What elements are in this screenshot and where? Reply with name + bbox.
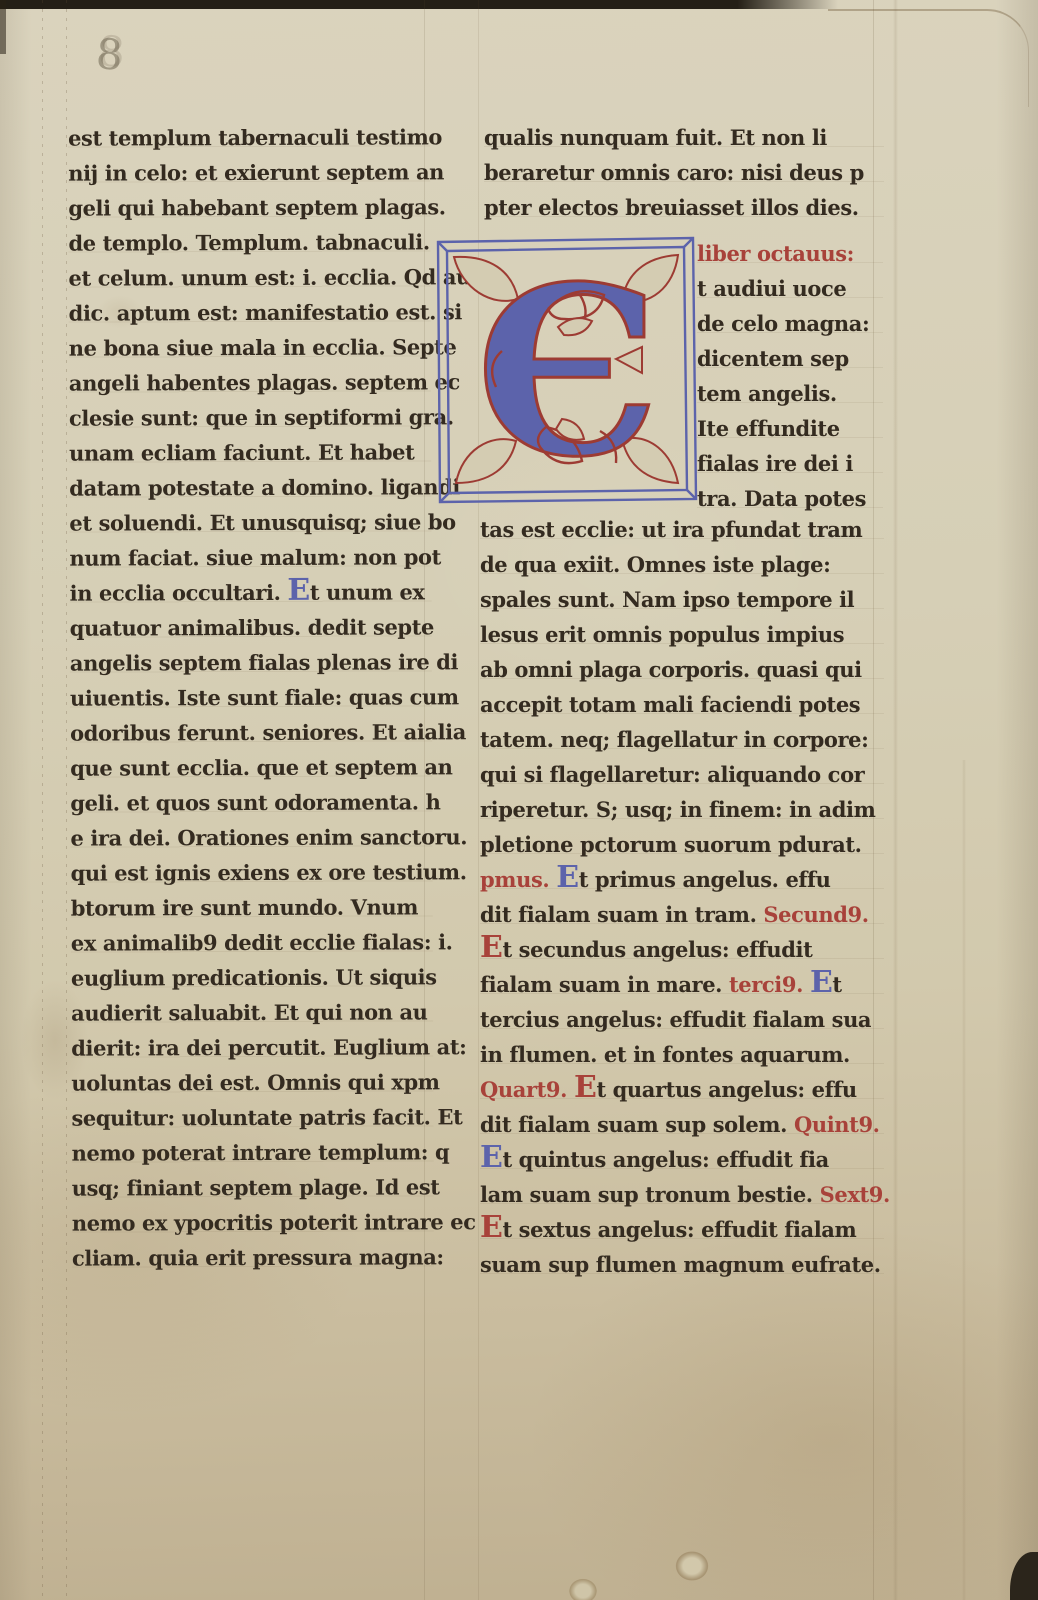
text-segment: datam potestate a domino. ligandi	[69, 474, 460, 500]
text-segment: qui si flagellaretur: aliquando cor	[480, 762, 864, 787]
text-segment: t primus angelus. effu	[579, 867, 831, 892]
text-line: nij in celo: et exierunt septem an	[68, 154, 430, 190]
text-segment: fialam suam in mare.	[480, 972, 729, 997]
text-segment: dic. aptum est: manifestatio est. si	[69, 299, 462, 325]
text-line: tatem. neq; flagellatur in corpore:	[480, 722, 884, 757]
text-line: que sunt ecclia. que et septem an	[70, 749, 432, 785]
text-line: Quart9. Et quartus angelus: effu	[480, 1072, 884, 1107]
text-segment: uoluntas dei est. Omnis qui xpm	[71, 1069, 439, 1095]
text-line: et celum. unum est: i. ecclia. Qd aut	[68, 259, 430, 295]
text-segment: clesie sunt: que in septiformi gra.	[69, 404, 454, 430]
text-segment: E	[480, 1210, 502, 1245]
text-line: usq; finiant septem plage. Id est	[72, 1169, 434, 1205]
text-segment: tatem. neq; flagellatur in corpore:	[480, 727, 868, 752]
text-line: de qua exiit. Omnes iste plage:	[480, 547, 884, 582]
text-segment: in flumen. et in fontes aquarum.	[480, 1042, 850, 1067]
text-segment: accepit totam mali faciendi potes	[480, 692, 860, 717]
text-line: de celo magna:	[697, 306, 883, 341]
text-segment: qualis nunquam fuit. Et non li	[484, 125, 827, 150]
text-segment: dicentem sep	[697, 346, 849, 371]
text-line: spales sunt. Nam ipso tempore il	[480, 582, 884, 617]
text-segment: usq; finiant septem plage. Id est	[72, 1174, 440, 1200]
text-segment: ne bona siue mala in ecclia. Septe	[69, 334, 457, 360]
text-line: de templo. Templum. tabnaculi.	[68, 224, 430, 260]
text-segment: num faciat. siue malum: non pot	[69, 544, 440, 570]
text-segment: nij in celo: et exierunt septem an	[68, 159, 444, 185]
text-segment: angeli habentes plagas. septem ec	[69, 369, 460, 395]
text-line: angeli habentes plagas. septem ec	[69, 364, 431, 400]
text-segment: t unum ex	[310, 579, 425, 604]
illuminated-initial-E: Є	[430, 231, 702, 509]
text-segment: nemo poterat intrare templum: q	[72, 1139, 450, 1165]
page-corner-curve	[828, 9, 1029, 107]
text-segment: est templum tabernaculi testimo	[68, 124, 442, 150]
text-line: tas est ecclie: ut ira pfundat tram	[480, 512, 884, 547]
text-line: qui si flagellaretur: aliquando cor	[480, 757, 884, 792]
text-segment: cliam. quia erit pressura magna:	[72, 1244, 444, 1270]
text-line: geli. et quos sunt odoramenta. h	[70, 784, 432, 820]
right-text-column-top: qualis nunquam fuit. Et non liberaretur …	[484, 120, 884, 225]
text-segment: suam sup flumen magnum eufrate.	[480, 1252, 881, 1277]
text-segment: liber octauus:	[697, 241, 854, 266]
page-top-edge	[0, 0, 838, 9]
text-line: est templum tabernaculi testimo	[68, 119, 430, 155]
text-line: uoluntas dei est. Omnis qui xpm	[71, 1064, 433, 1100]
text-segment: pter electos breuiasset illos dies.	[484, 195, 859, 220]
text-line: Et secundus angelus: effudit	[480, 932, 884, 967]
text-segment: lam suam sup tronum bestie.	[480, 1182, 820, 1207]
text-line: ex animalib9 dedit ecclie fialas: i.	[71, 924, 433, 960]
text-line: riperetur. S; usq; in finem: in adim	[480, 792, 884, 827]
text-line: btorum ire sunt mundo. Vnum	[71, 889, 433, 925]
text-line: e ira dei. Orationes enim sanctoru.	[70, 819, 432, 855]
text-segment: geli qui habebant septem plagas.	[68, 194, 445, 220]
text-segment: et soluendi. Et unusquisq; siue bo	[69, 509, 455, 535]
text-segment: t sextus angelus: effudit fialam	[502, 1217, 856, 1242]
text-segment: lesus erit omnis populus impius	[480, 622, 844, 647]
text-line: Et quintus angelus: effudit fia	[480, 1142, 884, 1177]
text-line: sequitur: uoluntate patris facit. Et	[71, 1099, 433, 1135]
text-segment: de templo. Templum. tabnaculi.	[68, 229, 429, 255]
text-segment: E	[556, 860, 578, 895]
text-segment: unam ecliam faciunt. Et habet	[69, 439, 414, 465]
text-segment: beraretur omnis caro: nisi deus p	[484, 160, 864, 185]
text-line: num faciat. siue malum: non pot	[69, 539, 431, 575]
text-line: nemo ex ypocritis poterit intrare ec	[72, 1204, 434, 1240]
text-segment: ex animalib9 dedit ecclie fialas: i.	[71, 929, 453, 955]
text-line: clesie sunt: que in septiformi gra.	[69, 399, 431, 435]
text-segment: E	[574, 1070, 596, 1105]
text-line: quatuor animalibus. dedit septe	[70, 609, 432, 645]
text-segment: angelis septem fialas plenas ire di	[70, 649, 458, 675]
text-line: suam sup flumen magnum eufrate.	[480, 1247, 884, 1282]
text-line: ne bona siue mala in ecclia. Septe	[69, 329, 431, 365]
text-segment: quatuor animalibus. dedit septe	[70, 614, 434, 640]
text-line: angelis septem fialas plenas ire di	[70, 644, 432, 680]
text-segment: Sext9.	[820, 1182, 890, 1207]
parchment-crease	[893, 0, 898, 1600]
text-segment: Secund9.	[763, 902, 868, 927]
text-line: dic. aptum est: manifestatio est. si	[69, 294, 431, 330]
text-line: euglium predicationis. Ut siquis	[71, 959, 433, 995]
text-line: ab omni plaga corporis. quasi qui	[480, 652, 884, 687]
text-segment: t	[832, 972, 841, 997]
illuminated-initial-art: Є	[430, 231, 702, 509]
text-line: qui est ignis exiens ex ore testium.	[71, 854, 433, 890]
folio-number: 8	[95, 29, 124, 79]
text-segment: tem angelis.	[697, 381, 837, 406]
text-segment: geli. et quos sunt odoramenta. h	[70, 789, 440, 815]
text-segment: de qua exiit. Omnes iste plage:	[480, 552, 831, 577]
text-line: fialas ire dei i	[697, 446, 883, 481]
text-segment: riperetur. S; usq; in finem: in adim	[480, 797, 875, 822]
text-segment: dit fialam suam sup solem.	[480, 1112, 794, 1137]
text-line: in ecclia occultari. Et unum ex	[70, 574, 432, 610]
text-segment: t audiui uoce	[697, 276, 846, 301]
text-line: audierit saluabit. Et qui non au	[71, 994, 433, 1030]
text-line: dicentem sep	[697, 341, 883, 376]
text-line: Et sextus angelus: effudit fialam	[480, 1212, 884, 1247]
text-segment: E	[287, 573, 310, 608]
text-segment: E	[480, 930, 502, 965]
text-line: t audiui uoce	[697, 271, 883, 306]
parchment-stain	[566, 1576, 600, 1600]
text-segment: tercius angelus: effudit fialam sua	[480, 1007, 871, 1032]
text-segment: nemo ex ypocritis poterit intrare ec	[72, 1209, 476, 1235]
text-line: lam suam sup tronum bestie. Sext9.	[480, 1177, 884, 1212]
text-line: Ite effundite	[697, 411, 883, 446]
ruling-line	[66, 0, 67, 1600]
text-line: fialam suam in mare. terci9. Et	[480, 967, 884, 1002]
text-segment: pmus.	[480, 867, 556, 892]
text-segment: fialas ire dei i	[697, 451, 853, 476]
text-segment: de celo magna:	[697, 311, 869, 336]
text-line: lesus erit omnis populus impius	[480, 617, 884, 652]
text-segment: audierit saluabit. Et qui non au	[71, 999, 427, 1025]
text-segment: et celum. unum est: i. ecclia. Qd aut	[68, 264, 480, 290]
text-segment: t quintus angelus: effudit fia	[502, 1147, 828, 1172]
text-segment: terci9.	[729, 972, 810, 997]
text-line: accepit totam mali faciendi potes	[480, 687, 884, 722]
text-line: geli qui habebant septem plagas.	[68, 189, 430, 225]
text-segment: e ira dei. Orationes enim sanctoru.	[70, 824, 467, 850]
text-line: beraretur omnis caro: nisi deus p	[484, 155, 884, 190]
text-segment: tra. Data potes	[697, 486, 866, 511]
text-segment: dit fialam suam in tram.	[480, 902, 763, 927]
text-segment: que sunt ecclia. que et septem an	[70, 754, 452, 780]
text-line: et soluendi. Et unusquisq; siue bo	[69, 504, 431, 540]
left-text-column: est templum tabernaculi testimonij in ce…	[68, 119, 434, 1275]
text-line: pter electos breuiasset illos dies.	[484, 190, 884, 225]
text-segment: E	[810, 965, 832, 1000]
text-line: qualis nunquam fuit. Et non li	[484, 120, 884, 155]
text-segment: uiuentis. Iste sunt fiale: quas cum	[70, 684, 459, 710]
text-line: nemo poterat intrare templum: q	[72, 1134, 434, 1170]
text-line: uiuentis. Iste sunt fiale: quas cum	[70, 679, 432, 715]
text-segment: spales sunt. Nam ipso tempore il	[480, 587, 854, 612]
text-line: tra. Data potes	[697, 481, 883, 516]
text-line: liber octauus:	[697, 236, 883, 271]
text-line: dierit: ira dei percutit. Euglium at:	[71, 1029, 433, 1065]
text-line: dit fialam suam sup solem. Quint9.	[480, 1107, 884, 1142]
text-line: tem angelis.	[697, 376, 883, 411]
text-segment: Quint9.	[794, 1112, 880, 1137]
text-line: pletione pctorum suorum pdurat.	[480, 827, 884, 862]
text-segment: sequitur: uoluntate patris facit. Et	[71, 1104, 462, 1130]
svg-text:Є: Є	[476, 235, 661, 508]
text-segment: odoribus ferunt. seniores. Et aialia	[70, 719, 466, 745]
text-line: in flumen. et in fontes aquarum.	[480, 1037, 884, 1072]
text-segment: pletione pctorum suorum pdurat.	[480, 832, 862, 857]
text-line: pmus. Et primus angelus. effu	[480, 862, 884, 897]
page-left-edge	[0, 0, 6, 54]
right-text-beside-initial: liber octauus:t audiui uocede celo magna…	[697, 236, 883, 516]
ruling-line	[42, 0, 43, 1600]
text-segment: E	[480, 1140, 502, 1175]
text-line: dit fialam suam in tram. Secund9.	[480, 897, 884, 932]
text-line: datam potestate a domino. ligandi	[69, 469, 431, 505]
right-text-column-bottom: tas est ecclie: ut ira pfundat tramde qu…	[480, 512, 884, 1282]
text-line: tercius angelus: effudit fialam sua	[480, 1002, 884, 1037]
text-segment: t secundus angelus: effudit	[502, 937, 812, 962]
manuscript-page: 8 est templum tabernaculi testimonij in …	[0, 0, 1038, 1600]
text-segment: ab omni plaga corporis. quasi qui	[480, 657, 862, 682]
text-segment: qui est ignis exiens ex ore testium.	[71, 859, 467, 885]
text-segment: euglium predicationis. Ut siquis	[71, 964, 437, 990]
text-line: cliam. quia erit pressura magna:	[72, 1239, 434, 1275]
text-segment: in ecclia occultari.	[70, 580, 288, 606]
text-segment: btorum ire sunt mundo. Vnum	[71, 894, 418, 920]
text-segment: t quartus angelus: effu	[596, 1077, 856, 1102]
text-line: odoribus ferunt. seniores. Et aialia	[70, 714, 432, 750]
parchment-stain	[672, 1548, 712, 1584]
text-segment: tas est ecclie: ut ira pfundat tram	[480, 517, 862, 542]
text-segment: dierit: ira dei percutit. Euglium at:	[71, 1034, 466, 1060]
parchment-crease	[962, 760, 966, 1600]
page-corner-shadow	[1010, 1552, 1038, 1600]
text-line: unam ecliam faciunt. Et habet	[69, 434, 431, 470]
text-segment: Ite effundite	[697, 416, 840, 441]
text-segment: Quart9.	[480, 1077, 574, 1102]
